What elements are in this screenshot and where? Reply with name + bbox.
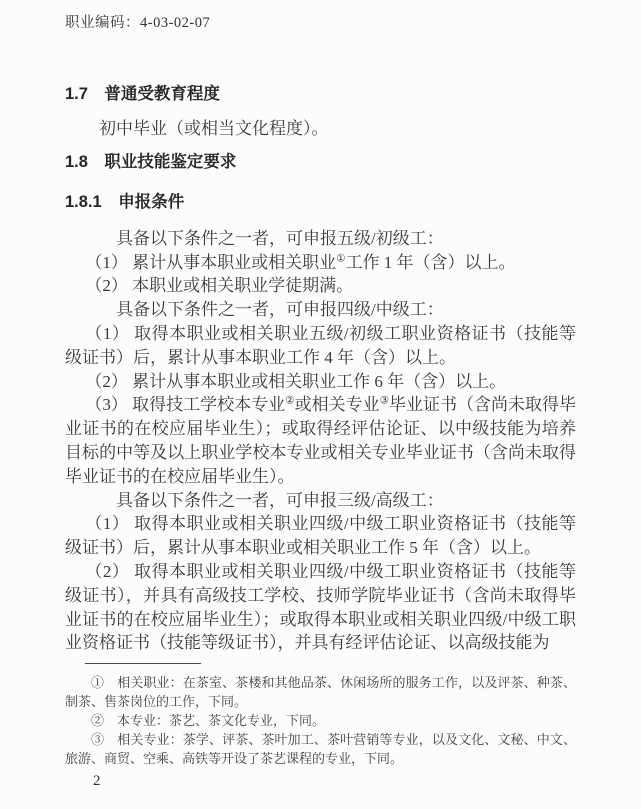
- paragraph: 具备以下条件之一者，可申报四级/中级工：: [65, 298, 576, 322]
- paragraph: 初中毕业（或相当文化程度）。: [65, 117, 576, 141]
- page-number: 2: [93, 773, 576, 790]
- section-heading: 1.7 普通受教育程度: [65, 82, 576, 106]
- footnote-divider: [85, 663, 201, 664]
- document-body: 1.7 普通受教育程度初中毕业（或相当文化程度）。1.8 职业技能鉴定要求1.8…: [65, 82, 576, 655]
- page-content: 职业编码：4-03-02-07 1.7 普通受教育程度初中毕业（或相当文化程度）…: [65, 0, 576, 790]
- footnote: ① 相关职业：在茶室、茶楼和其他品茶、休闲场所的服务工作，以及评茶、种茶、制茶、…: [65, 673, 576, 711]
- paragraph: （1） 累计从事本职业或相关职业①工作 1 年（含）以上。: [65, 251, 576, 275]
- footnote: ③ 相关专业：茶学、评茶、茶叶加工、茶叶营销等专业，以及文化、文秘、中文、旅游、…: [65, 730, 576, 768]
- footnote-ref: ②: [285, 396, 294, 407]
- paragraph: （2） 累计从事本职业或相关职业工作 6 年（含）以上。: [65, 370, 576, 394]
- footnotes-section: ① 相关职业：在茶室、茶楼和其他品茶、休闲场所的服务工作，以及评茶、种茶、制茶、…: [65, 673, 576, 768]
- paragraph: （2） 取得本职业或相关职业四级/中级工职业资格证书（技能等级证书），并具有高级…: [65, 560, 576, 655]
- footnote-ref: ①: [336, 253, 345, 264]
- paragraph: （3） 取得技工学校本专业②或相关专业③毕业证书（含尚未取得毕业证书的在校应届毕…: [65, 393, 576, 488]
- paragraph: （1） 取得本职业或相关职业五级/初级工职业资格证书（技能等级证书）后，累计从事…: [65, 322, 576, 370]
- paragraph: （1） 取得本职业或相关职业四级/中级工职业资格证书（技能等级证书）后，累计从事…: [65, 512, 576, 560]
- paragraph: （2） 本职业或相关职业学徒期满。: [65, 274, 576, 298]
- footnote: ② 本专业：茶艺、茶文化专业，下同。: [65, 711, 576, 730]
- occupation-code-header: 职业编码：4-03-02-07: [65, 13, 576, 33]
- section-heading: 1.8 职业技能鉴定要求: [65, 150, 576, 174]
- paragraph: 具备以下条件之一者，可申报三级/高级工：: [65, 489, 576, 513]
- document-page: 职业编码：4-03-02-07 1.7 普通受教育程度初中毕业（或相当文化程度）…: [0, 0, 641, 809]
- paragraph: 具备以下条件之一者，可申报五级/初级工：: [65, 227, 576, 251]
- section-heading: 1.8.1 申报条件: [65, 190, 576, 214]
- footnote-ref: ③: [380, 396, 389, 407]
